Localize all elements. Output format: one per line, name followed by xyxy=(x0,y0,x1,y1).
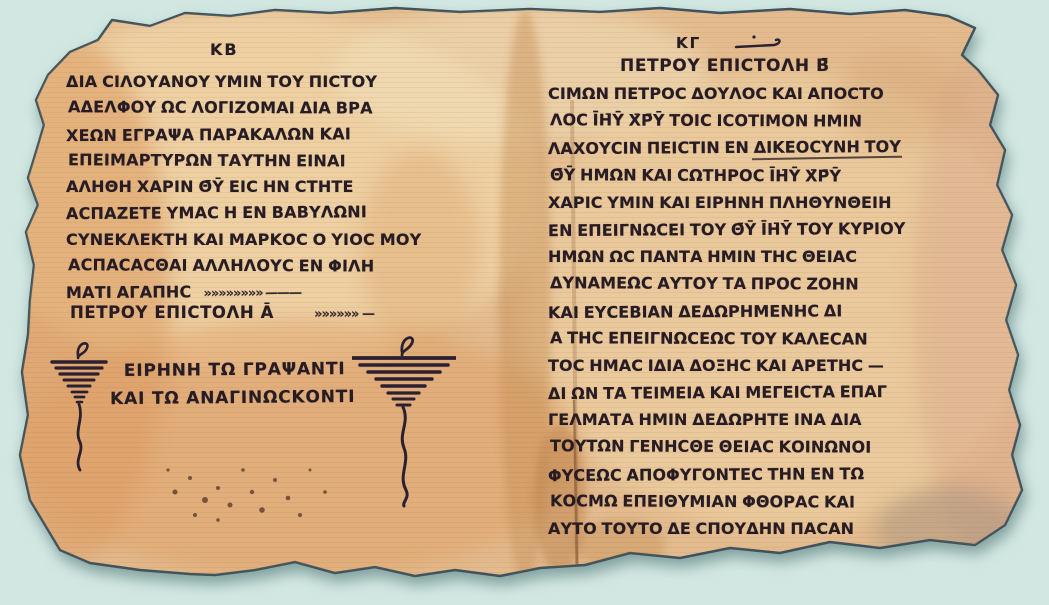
text-line: ΕΝ ΕΠΕΙΓΝΩCΕΙ ΤΟΥ Θ̄Ῡ ῙΗ̄Ῡ ΤΟΥ ΚΥΡΙΟΥ xyxy=(548,215,906,244)
subscription-line: ΠΕΤΡΟΥ ΕΠΙCΤΟΛΗ Ᾱ»»»»»» — xyxy=(70,303,374,322)
right-page-number: ΚΓ xyxy=(676,34,701,52)
papyrus-codex-photo: ΚΒ ΔΙΑ CΙΛΟΥΑΝΟΥ ΥΜΙΝ ΤΟΥ ΠΙCΤΟΥ ΑΔΕΛΦΟΥ… xyxy=(0,0,1049,605)
text-line: ΗΜΩΝ ΩC ΠΑΝΤΑ ΗΜΙΝ ΤΗC ΘΕΙΑC xyxy=(548,243,905,270)
colophon-line: ΚΑΙ ΤΩ ΑΝΑΓΙΝΩCΚΟΝΤΙ xyxy=(110,383,355,413)
colophon: ΕΙΡΗΝΗ ΤΩ ΓΡΑΨΑΝΤΙ ΚΑΙ ΤΩ ΑΝΑΓΙΝΩCΚΟΝΤΙ xyxy=(124,355,356,413)
text-line: ΔΙ ΩΝ ΤΑ ΤΕΙΜΕΙΑ ΚΑΙ ΜΕΓΕΙCΤΑ ΕΠΑΓ xyxy=(548,378,906,407)
text-line: ΚΟCΜΩ ΕΠΕΙΘΥΜΙΑΝ ΦΘΟΡΑC ΚΑΙ xyxy=(550,487,908,516)
coronis-ornament-right xyxy=(352,328,456,508)
line-filler-marks: »»»»»»»» ——— xyxy=(203,286,301,302)
text-line: CΙΜΩΝ ΠΕΤΡΟC ΔΟΥΛΟC ΚΑΙ ΑΠΟCΤΟ xyxy=(548,80,905,107)
text-line: ΛΟC ῙΗ̄Ῡ Χ̄Ρ̄Ῡ ΤΟΙC ΙCΟΤΙΜΟΝ ΗΜΙΝ xyxy=(550,106,908,135)
text-line: ΤΟC ΗΜΑC ΙΔΙΑ ΔΟΞΗC ΚΑΙ ΑΡΕΤΗC — xyxy=(548,352,905,379)
text-line: ΤΟΥΤΩΝ ΓΕΝΗCΘΕ ΘΕΙΑC ΚΟΙΝΩΝΟΙ xyxy=(550,433,908,462)
text-line: ΑCΠΑΖΕΤΕ ΥΜΑC Η ΕΝ ΒΑΒΥΛΩΝΙ xyxy=(66,199,422,227)
text-line: ΑΛΗΘΗ ΧΑΡΙΝ Θ̄Ῡ ΕΙC ΗΝ CΤΗΤΕ xyxy=(66,174,421,200)
left-page-text: ΔΙΑ CΙΛΟΥΑΝΟΥ ΥΜΙΝ ΤΟΥ ΠΙCΤΟΥ ΑΔΕΛΦΟΥ ΩC… xyxy=(66,69,421,306)
text-line: ΦΥCΕΩC ΑΠΟΦΥΓΟΝΤΕC ΤΗΝ ΕΝ ΤΩ xyxy=(548,460,906,489)
text-line: ΚΑΙ ΕΥCΕΒΙΑΝ ΔΕΔΩΡΗΜΕΝΗC ΔΙ xyxy=(548,296,906,325)
line-filler-marks: »»»»»» — xyxy=(314,307,374,322)
subscription-title: ΠΕΤΡΟΥ ΕΠΙCΤΟΛΗ Ᾱ xyxy=(70,303,274,322)
text-line: ΑCΠΑCΑCΘΑΙ ΑΛΛΗΛΟΥC ΕΝ ΦΙΛΗ xyxy=(68,252,424,280)
text-line: ΑΥΤΟ ΤΟΥΤΟ ΔΕ CΠΟΥΔΗΝ ΠΑCΑΝ xyxy=(548,515,905,542)
text-line: ΕΠΕΙΜΑΡΤΥΡΩΝ ΤΑΥΤΗΝ ΕΙΝΑΙ xyxy=(68,147,424,175)
text-line: ΓΕΛΜΑΤΑ ΗΜΙΝ ΔΕΔΩΡΗΤΕ ΙΝΑ ΔΙΑ xyxy=(548,406,905,433)
colophon-line: ΕΙΡΗΝΗ ΤΩ ΓΡΑΨΑΝΤΙ xyxy=(124,355,355,385)
left-page-number: ΚΒ xyxy=(210,40,239,59)
text-line: ΧΕΩΝ ΕΓΡΑΨΑ ΠΑΡΑΚΑΛΩΝ ΚΑΙ xyxy=(66,121,422,149)
text-line: ΧΑΡΙC ΥΜΙΝ ΚΑΙ ΕΙΡΗΝΗ ΠΛΗΘΥΝΘΕΙΗ xyxy=(548,189,905,216)
text-line: Α ΤΗC ΕΠΕΙΓΝΩCΕΩC ΤΟΥ ΚΑΛΕCΑΝ xyxy=(550,324,908,353)
scribal-stroke-mark xyxy=(734,34,786,52)
text-line: ΑΔΕΛΦΟΥ ΩC ΛΟΓΙΖΟΜΑΙ ΔΙΑ ΒΡΑ xyxy=(68,95,424,123)
text-line: ΔΙΑ CΙΛΟΥΑΝΟΥ ΥΜΙΝ ΤΟΥ ΠΙCΤΟΥ xyxy=(66,69,421,95)
text-line: CΥΝΕΚΛΕΚΤΗ ΚΑΙ ΜΑΡΚΟC Ο ΥΙΟC ΜΟΥ xyxy=(66,227,421,253)
right-page-text: CΙΜΩΝ ΠΕΤΡΟC ΔΟΥΛΟC ΚΑΙ ΑΠΟCΤΟ ΛΟC ῙΗ̄Υ… xyxy=(548,80,905,542)
text-line-end: ΜΑΤΙ ΑΓΑΠΗC xyxy=(66,283,192,303)
epistle-title: ΠΕΤΡΟΥ ΕΠΙCΤΟΛΗ Β̄ xyxy=(620,56,830,76)
text-line: ΔΥΝΑΜΕΩC ΑΥΤΟΥ ΤΑ ΠΡΟC ΖΟΗΝ xyxy=(550,270,908,299)
coronis-ornament-left xyxy=(50,330,108,475)
text-line: Θ̄Ῡ ΗΜΩΝ ΚΑΙ CΩΤΗΡΟC ῙΗ̄Ῡ Χ̄Ρ̄Ῡ xyxy=(550,161,908,190)
